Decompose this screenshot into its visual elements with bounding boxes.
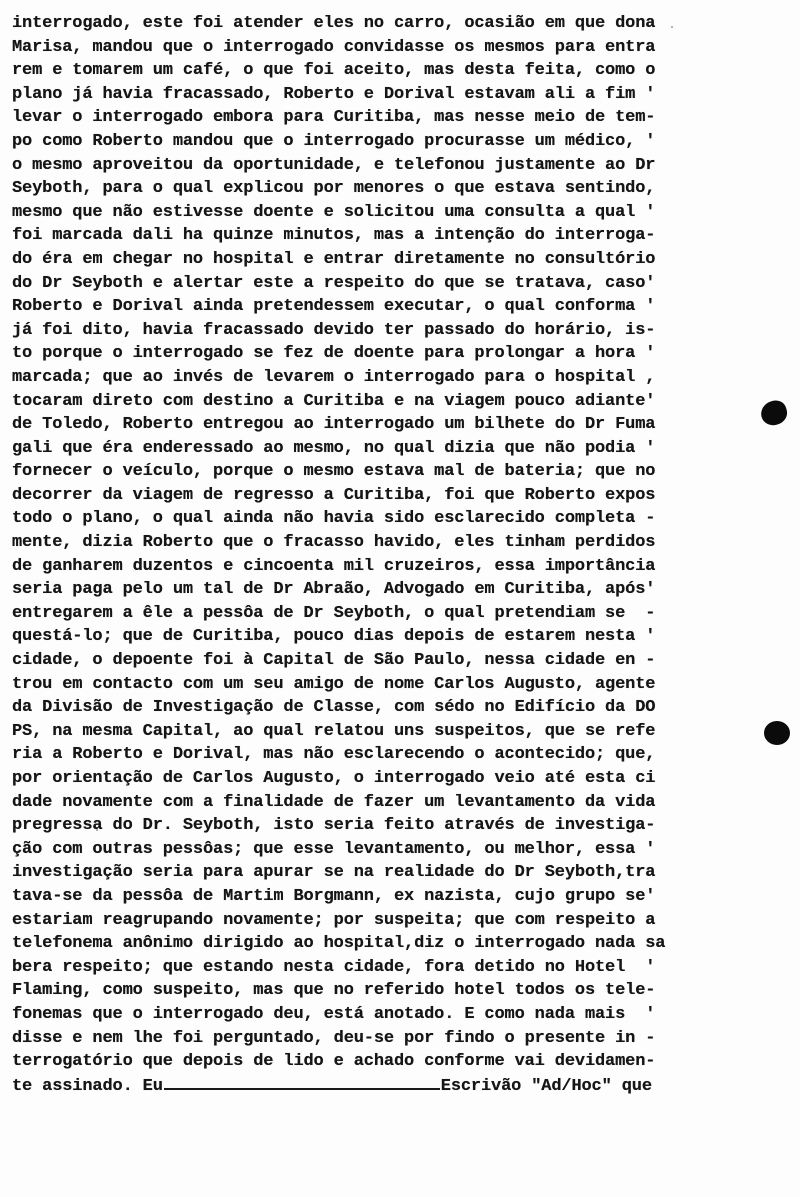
text-line: de ganharem duzentos e cincoenta mil cru… <box>12 555 692 579</box>
text-line: marcada; que ao invés de levarem o inter… <box>12 366 692 390</box>
final-line-after-signature: Escrivão "Ad/Hoc" que <box>441 1077 652 1096</box>
document-page: interrogado, este foi atender eles no ca… <box>0 0 800 1197</box>
text-line: Roberto e Dorival ainda pretendessem exe… <box>12 295 692 319</box>
text-line: estariam reagrupando novamente; por susp… <box>12 909 692 933</box>
text-line: do éra em chegar no hospital e entrar di… <box>12 248 692 272</box>
text-line: pregressa do Dr. Seyboth, isto seria fei… <box>12 814 692 838</box>
text-line: por orientação de Carlos Augusto, o inte… <box>12 767 692 791</box>
text-line: Flaming, como suspeito, mas que no refer… <box>12 979 692 1003</box>
text-line: todo o plano, o qual ainda não havia sid… <box>12 507 692 531</box>
text-line: questá-lo; que de Curitiba, pouco dias d… <box>12 625 692 649</box>
text-line: mente, dizia Roberto que o fracasso havi… <box>12 531 692 555</box>
text-line: fornecer o veículo, porque o mesmo estav… <box>12 460 692 484</box>
text-line: foi marcada dali ha quinze minutos, mas … <box>12 224 692 248</box>
paper-speck <box>96 829 98 831</box>
text-line: cidade, o depoente foi à Capital de São … <box>12 649 692 673</box>
text-line: po como Roberto mandou que o interrogado… <box>12 130 692 154</box>
text-line: disse e nem lhe foi perguntado, deu-se p… <box>12 1027 692 1051</box>
text-line: ção com outras pessôas; que esse levanta… <box>12 838 692 862</box>
text-line: investigação seria para apurar se na rea… <box>12 861 692 885</box>
text-line: do Dr Seyboth e alertar este a respeito … <box>12 272 692 296</box>
text-line: seria paga pelo um tal de Dr Abraão, Adv… <box>12 578 692 602</box>
text-line: PS, na mesma Capital, ao qual relatou un… <box>12 720 692 744</box>
text-line: terrogatório que depois de lido e achado… <box>12 1050 692 1074</box>
text-line: interrogado, este foi atender eles no ca… <box>12 12 692 36</box>
text-line: decorrer da viagem de regresso a Curitib… <box>12 484 692 508</box>
text-line: tocaram direto com destino a Curitiba e … <box>12 390 692 414</box>
text-line: to porque o interrogado se fez de doente… <box>12 342 692 366</box>
final-line-before-signature: te assinado. Eu <box>12 1077 163 1096</box>
text-line: telefonema anônimo dirigido ao hospital,… <box>12 932 692 956</box>
text-line: gali que éra enderessado ao mesmo, no qu… <box>12 437 692 461</box>
text-line: plano já havia fracassado, Roberto e Dor… <box>12 83 692 107</box>
text-line: Marisa, mandou que o interrogado convida… <box>12 36 692 60</box>
text-line: trou em contacto com um seu amigo de nom… <box>12 673 692 697</box>
text-line: ria a Roberto e Dorival, mas não esclare… <box>12 743 692 767</box>
text-line: rem e tomarem um café, o que foi aceito,… <box>12 59 692 83</box>
text-line: fonemas que o interrogado deu, está anot… <box>12 1003 692 1027</box>
text-line: levar o interrogado embora para Curitiba… <box>12 106 692 130</box>
text-line: já foi dito, havia fracassado devido ter… <box>12 319 692 343</box>
paper-speck <box>671 26 673 28</box>
text-line: o mesmo aproveitou da oportunidade, e te… <box>12 154 692 178</box>
punch-hole-bottom <box>764 721 790 745</box>
punch-hole-top <box>758 398 789 428</box>
text-line: mesmo que não estivesse doente e solicit… <box>12 201 692 225</box>
text-line: entregarem a êle a pessôa de Dr Seyboth,… <box>12 602 692 626</box>
signature-blank-line <box>164 1074 440 1090</box>
text-line: bera respeito; que estando nesta cidade,… <box>12 956 692 980</box>
final-line: te assinado. EuEscrivão "Ad/Hoc" que <box>12 1074 692 1098</box>
text-line: dade novamente com a finalidade de fazer… <box>12 791 692 815</box>
text-line: de Toledo, Roberto entregou ao interroga… <box>12 413 692 437</box>
typewritten-transcript: interrogado, este foi atender eles no ca… <box>12 12 692 1097</box>
text-line: da Divisão de Investigação de Classe, co… <box>12 696 692 720</box>
text-line: tava-se da pessôa de Martim Borgmann, ex… <box>12 885 692 909</box>
text-line: Seyboth, para o qual explicou por menore… <box>12 177 692 201</box>
